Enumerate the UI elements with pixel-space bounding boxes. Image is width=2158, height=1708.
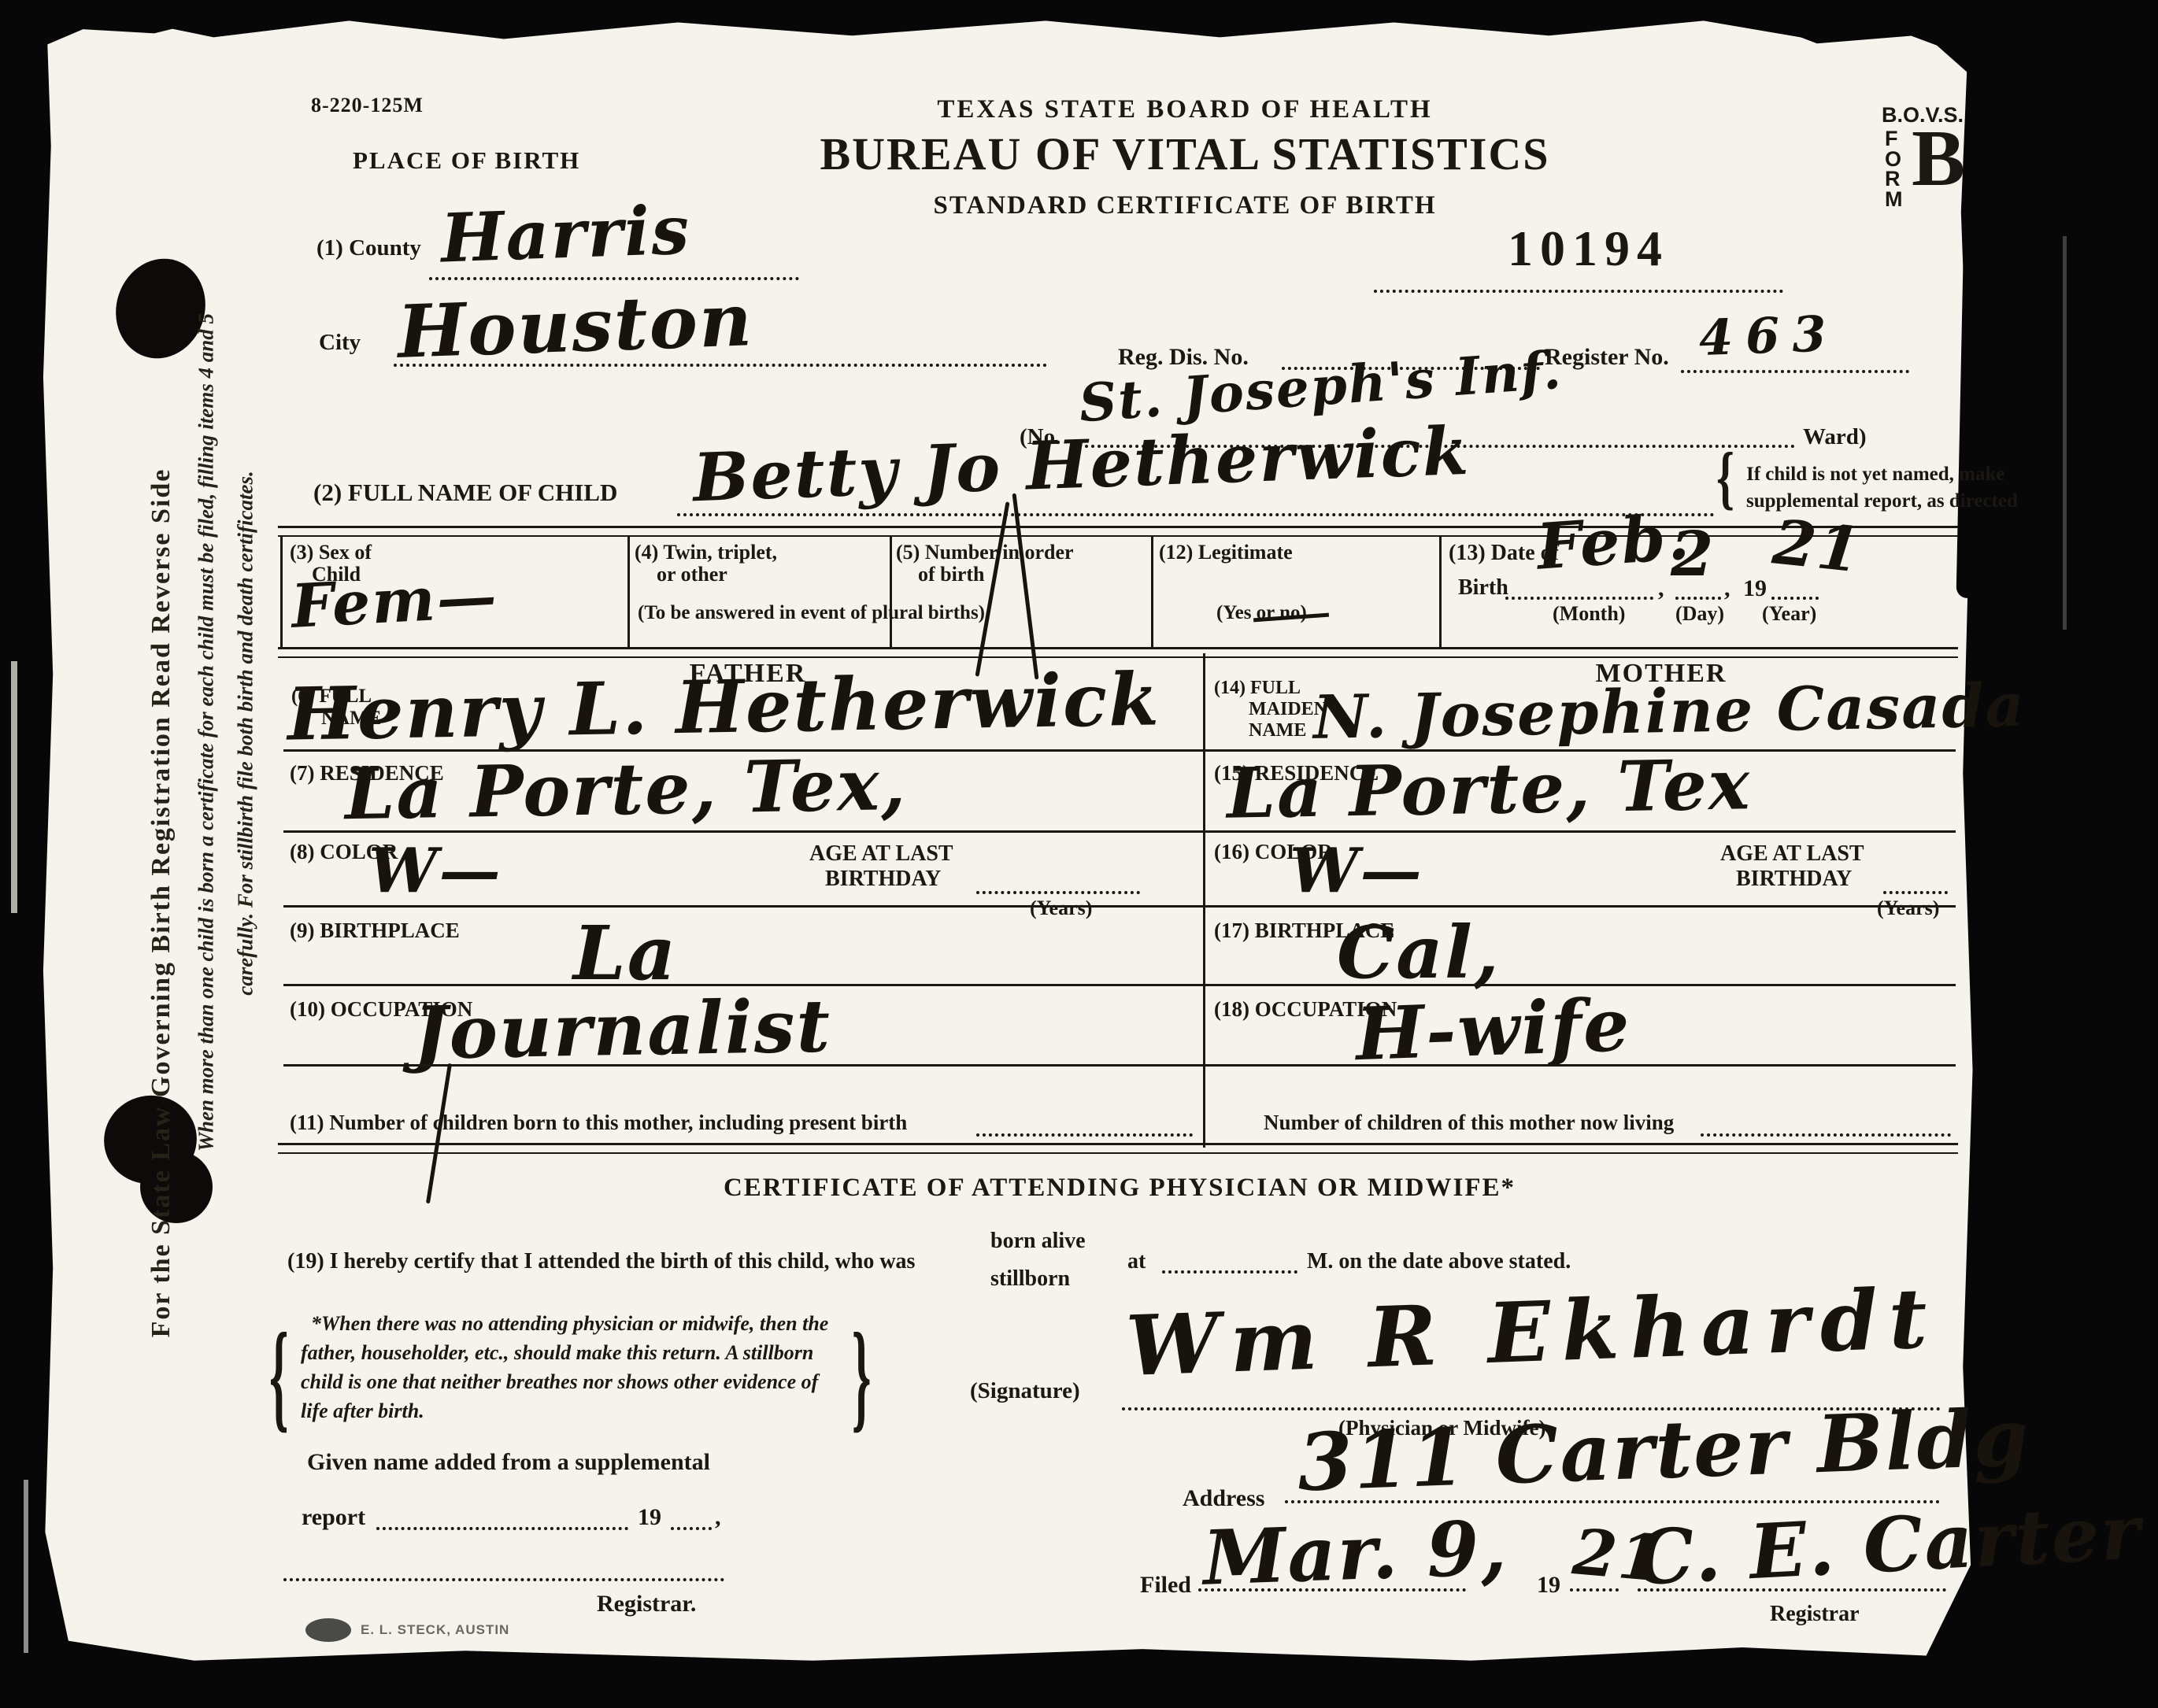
birth-word: Birth bbox=[1458, 576, 1508, 599]
birthplace-row-line bbox=[283, 984, 1956, 986]
children-living-line bbox=[1701, 1133, 1951, 1137]
ward-label: Ward) bbox=[1803, 425, 1867, 449]
date-stated-text: M. on the date above stated. bbox=[1307, 1250, 1571, 1273]
stillborn-option: stillborn bbox=[990, 1267, 1070, 1290]
register-no-line bbox=[1681, 370, 1909, 373]
filed-year-printed: 19 bbox=[1537, 1573, 1560, 1598]
month-line bbox=[1505, 597, 1653, 600]
mother-name-label-3: NAME bbox=[1249, 721, 1306, 741]
certify-text: (19) I hereby certify that I attended th… bbox=[287, 1250, 915, 1273]
printer-mark: E. L. STECK, AUSTIN bbox=[361, 1623, 509, 1637]
grid-line-2 bbox=[890, 537, 892, 649]
report-line bbox=[376, 1527, 628, 1530]
order-label-1: (5) Number in order bbox=[896, 542, 1074, 563]
register-no-label: Register No. bbox=[1545, 345, 1669, 370]
unnamed-note-line1: If child is not yet named, make bbox=[1746, 464, 2004, 485]
mother-age-line bbox=[1883, 891, 1948, 894]
birth-day-value: 2 bbox=[1671, 524, 1715, 586]
filed-year-line bbox=[1570, 1588, 1619, 1592]
standard-title: STANDARD CERTIFICATE OF BIRTH bbox=[791, 192, 1579, 220]
report-year-printed: 19 bbox=[638, 1505, 661, 1530]
father-residence-value: La Porte, Tex, bbox=[344, 749, 907, 830]
child-name-label: (2) FULL NAME OF CHILD bbox=[313, 480, 617, 506]
signature-label: (Signature) bbox=[970, 1379, 1080, 1403]
grid-line-4 bbox=[1439, 537, 1442, 649]
twin-label-2: or other bbox=[657, 564, 727, 585]
year-line bbox=[1771, 597, 1819, 600]
children-born-line bbox=[976, 1133, 1193, 1137]
place-of-birth-label: PLACE OF BIRTH bbox=[353, 148, 580, 174]
month-caption: (Month) bbox=[1553, 603, 1625, 624]
grid-line-3 bbox=[1151, 537, 1153, 649]
city-value: Houston bbox=[397, 283, 755, 368]
grid-line-1 bbox=[627, 537, 630, 649]
printer-union-logo bbox=[305, 1618, 351, 1642]
mother-birthplace-value: Cal, bbox=[1337, 916, 1501, 989]
filed-label: Filed bbox=[1140, 1573, 1191, 1598]
born-alive-option: born alive bbox=[990, 1229, 1086, 1252]
father-years-caption: (Years) bbox=[1030, 897, 1092, 919]
sex-value: Fem— bbox=[290, 566, 499, 637]
address-line bbox=[1285, 1500, 1940, 1503]
margin-law-note: For the State Law Governing Birth Regist… bbox=[146, 226, 176, 1580]
sex-label-1: (3) Sex of bbox=[290, 542, 372, 563]
physician-note-3: child is one that neither breathes nor s… bbox=[301, 1371, 818, 1392]
legitimate-label: (12) Legitimate bbox=[1159, 542, 1293, 563]
at-label: at bbox=[1127, 1250, 1146, 1273]
filed-date-line bbox=[1198, 1588, 1466, 1592]
scanned-birth-certificate: For the State Law Governing Birth Regist… bbox=[0, 0, 2158, 1708]
father-age-label-1: AGE AT LAST bbox=[809, 842, 953, 865]
certificate-number-line bbox=[1374, 290, 1783, 293]
father-birthplace-label: (9) BIRTHPLACE bbox=[290, 919, 460, 941]
filed-signature-line bbox=[1638, 1588, 1946, 1592]
birth-year-value: 21 bbox=[1770, 512, 1864, 582]
grid-line-left bbox=[280, 537, 283, 649]
father-age-line bbox=[976, 891, 1140, 894]
physician-note-4: life after birth. bbox=[301, 1400, 424, 1421]
day-line bbox=[1675, 597, 1721, 600]
plural-births-note: (To be answered in event of plural birth… bbox=[638, 603, 985, 623]
color-row-line bbox=[283, 905, 1956, 908]
county-value: Harris bbox=[440, 197, 692, 272]
residence-row-line bbox=[283, 830, 1956, 833]
mother-age-label-1: AGE AT LAST bbox=[1720, 842, 1864, 865]
registrar-line-left bbox=[283, 1578, 724, 1581]
note-brace-right: } bbox=[852, 1316, 871, 1438]
mother-years-caption: (Years) bbox=[1877, 897, 1939, 919]
mother-age-label-2: BIRTHDAY bbox=[1736, 867, 1852, 890]
registrar-label-left: Registrar. bbox=[597, 1592, 696, 1617]
father-name-value: Henry L. Hetherwick bbox=[287, 663, 1160, 750]
bureau-title: BUREAU OF VITAL STATISTICS bbox=[791, 131, 1579, 179]
city-label: City bbox=[319, 331, 361, 354]
report-comma: , bbox=[715, 1505, 721, 1530]
physician-note-2: father, householder, etc., should make t… bbox=[301, 1342, 813, 1363]
bovs-form-word: FORM bbox=[1885, 129, 1908, 210]
form-number: 8-220-125M bbox=[311, 94, 424, 116]
scan-streak-2 bbox=[24, 1480, 28, 1653]
board-title: TEXAS STATE BOARD OF HEALTH bbox=[791, 96, 1579, 124]
margin-instruction-2: carefully. For stillbirth file both birt… bbox=[234, 364, 258, 1104]
table-rule-bottom bbox=[278, 647, 1958, 658]
parent-divider bbox=[1203, 653, 1205, 1148]
twin-label-1: (4) Twin, triplet, bbox=[635, 542, 777, 563]
father-age-label-2: BIRTHDAY bbox=[825, 867, 941, 890]
bovs-form-letter: B bbox=[1912, 116, 1965, 201]
report-label: report bbox=[302, 1505, 365, 1530]
section-rule bbox=[278, 1143, 1958, 1154]
order-label-2: of birth bbox=[918, 564, 985, 585]
children-born-label: (11) Number of children born to this mot… bbox=[290, 1111, 907, 1133]
children-living-label: Number of children of this mother now li… bbox=[1264, 1111, 1674, 1133]
father-occupation-value: Journalist bbox=[413, 989, 831, 1069]
father-birthplace-value: La bbox=[573, 916, 677, 991]
day-caption: (Day) bbox=[1675, 603, 1724, 624]
mother-name-value: N. Josephine Casada bbox=[1312, 675, 2026, 748]
time-line bbox=[1162, 1270, 1297, 1274]
report-year-line bbox=[671, 1527, 712, 1530]
city-line bbox=[394, 364, 1047, 367]
mother-occupation-value: H-wife bbox=[1355, 989, 1632, 1070]
scan-streak-1 bbox=[11, 661, 17, 913]
registrar-label-right: Registrar bbox=[1770, 1603, 1860, 1625]
address-label: Address bbox=[1183, 1486, 1264, 1511]
county-label: (1) County bbox=[316, 236, 421, 260]
mother-residence-value: La Porte, Tex bbox=[1226, 749, 1752, 828]
margin-instruction-1: When more than one child is born a certi… bbox=[194, 182, 219, 1284]
date-comma-2: , bbox=[1724, 576, 1730, 601]
certificate-number-stamp: 10194 bbox=[1508, 222, 1669, 275]
scan-streak-3 bbox=[2063, 236, 2067, 630]
date-comma-1: , bbox=[1658, 576, 1664, 601]
address-value: 311 Carter Bldg bbox=[1297, 1398, 2031, 1502]
father-color-value: W— bbox=[368, 841, 502, 902]
physician-certificate-title: CERTIFICATE OF ATTENDING PHYSICIAN OR MI… bbox=[647, 1174, 1592, 1202]
mother-name-label-1: (14) FULL bbox=[1214, 678, 1301, 698]
unnamed-note-brace: { bbox=[1716, 442, 1734, 513]
occupation-row-line bbox=[283, 1064, 1956, 1067]
filed-date-value: Mar. 9, bbox=[1201, 1510, 1508, 1595]
birth-month-value: Feb. bbox=[1534, 505, 1692, 578]
note-brace-left: { bbox=[269, 1316, 288, 1438]
year-caption: (Year) bbox=[1762, 603, 1816, 624]
supplemental-line1: Given name added from a supplemental bbox=[307, 1450, 710, 1475]
physician-note-1: *When there was no attending physician o… bbox=[311, 1313, 828, 1334]
mother-color-value: W— bbox=[1290, 841, 1423, 902]
year-printed: 19 bbox=[1743, 576, 1767, 601]
register-no-value: 463 bbox=[1698, 309, 1839, 363]
